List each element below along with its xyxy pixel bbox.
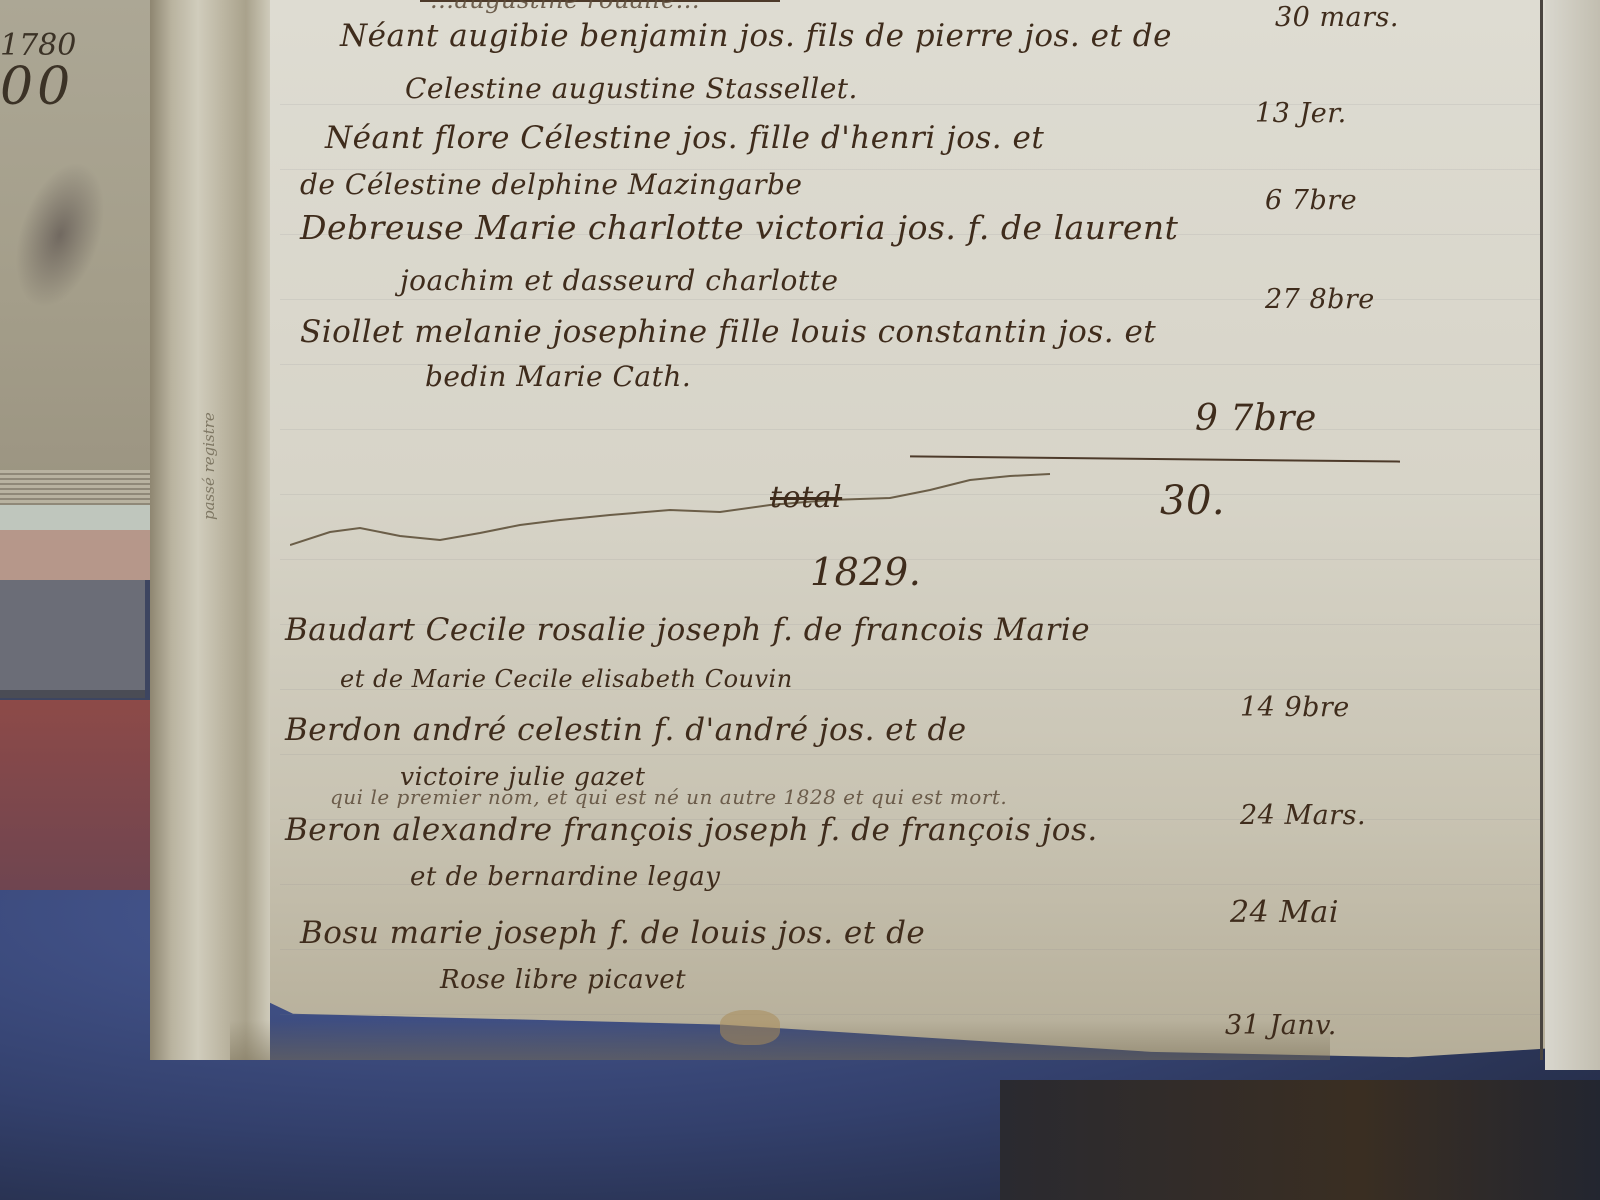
entry-1828-4-date: 27 8bre: [1265, 284, 1375, 315]
entry-1829-4-date: 24 Mai: [1230, 895, 1339, 930]
bottom-date: 31 Janv.: [1225, 1010, 1337, 1041]
water-stain: [720, 1010, 780, 1045]
register-spine-edge: [150, 0, 270, 1060]
pale-book-cover: [0, 505, 150, 530]
red-book-cover: [0, 700, 170, 890]
grey-book-cover: [0, 580, 145, 698]
entry-1829-4-name: Bosu marie joseph f. de louis jos. et de: [300, 915, 925, 951]
entry-1828-2-name: Néant flore Célestine jos. fille d'henri…: [325, 120, 1044, 156]
entry-1828-1-name: Néant augibie benjamin jos. fils de pier…: [340, 18, 1172, 54]
entry-1828-4-name: Siollet melanie josephine fille louis co…: [300, 314, 1156, 350]
entry-1828-2-date: 13 Jer.: [1255, 98, 1347, 129]
year-heading: 1829.: [810, 550, 921, 594]
entry-1828-3-continuation: joachim et dasseurd charlotte: [400, 264, 838, 297]
dark-table-surface: [1000, 1080, 1600, 1200]
entry-1829-2-name: Berdon andré celestin f. d'andré jos. et…: [285, 712, 967, 748]
entry-1829-1-name: Baudart Cecile rosalie joseph f. de fran…: [285, 612, 1090, 648]
entry-1828-4-continuation: bedin Marie Cath.: [425, 360, 691, 393]
top-fragment: ...augustine roualle...: [430, 0, 700, 14]
margin-note: passé registre: [200, 412, 218, 520]
book-stack: 1780 00: [0, 0, 150, 720]
entry-1828-3-name: Debreuse Marie charlotte victoria jos. f…: [300, 208, 1178, 247]
previous-book-page: 1780 00: [0, 0, 150, 480]
entry-1828-3-date: 6 7bre: [1265, 185, 1357, 216]
entry-1829-1-continuation: et de Marie Cecile elisabeth Couvin: [340, 665, 793, 693]
entry-1829-3-name: Beron alexandre françois joseph f. de fr…: [285, 812, 1098, 848]
worn-bottom-edge: [230, 1020, 1330, 1060]
entry-1828-1-continuation: Celestine augustine Stassellet.: [405, 72, 858, 105]
paper-crack: [290, 470, 1190, 550]
entry-1829-4-continuation: Rose libre picavet: [440, 965, 686, 995]
total-value: 30.: [1160, 478, 1225, 524]
total-label: total: [770, 480, 842, 515]
previous-page-numbers: 1780 00: [0, 28, 76, 117]
entry-1829-3-date: 24 Mars.: [1240, 800, 1366, 831]
interlinear-note: qui le premier nom, et qui est né un aut…: [330, 785, 1007, 809]
entry-1828-1-date: 30 mars.: [1275, 2, 1399, 33]
entry-1829-1-date: 14 9bre: [1240, 692, 1350, 723]
entry-1828-2-continuation: de Célestine delphine Mazingarbe: [300, 168, 802, 201]
right-margin-rule: [1540, 0, 1543, 1060]
facing-page-edge: [1545, 0, 1600, 1070]
previous-page-number-2: 00: [0, 57, 76, 117]
page-edges: [0, 470, 150, 510]
ink-smudge: [0, 151, 121, 318]
entry-1829-3-continuation: et de bernardine legay: [410, 862, 720, 892]
entry-1828-4-date-mark: 9 7bre: [1195, 398, 1317, 439]
pink-book-cover: [0, 530, 150, 580]
